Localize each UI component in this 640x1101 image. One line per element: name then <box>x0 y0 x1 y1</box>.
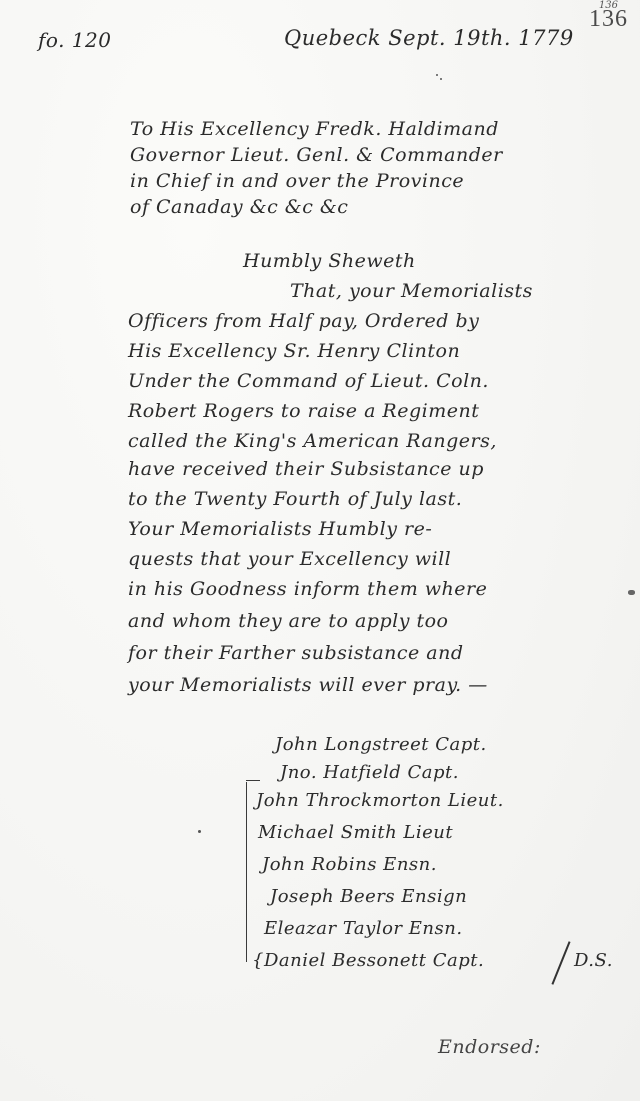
bracket-arrow <box>246 780 260 781</box>
signature: John Robins Ensn. <box>262 854 437 875</box>
body-line: His Excellency Sr. Henry Clinton <box>128 340 460 362</box>
address-line: of Canaday &c &c &c <box>130 196 348 218</box>
body-line: quests that your Excellency will <box>128 548 451 570</box>
salutation: Humbly Sheweth <box>243 250 416 272</box>
page-number-stamp: 136 <box>589 6 628 33</box>
body-line: to the Twenty Fourth of July last. <box>128 488 462 510</box>
body-line: for their Farther subsistance and <box>128 642 464 664</box>
manuscript-page: 136 136 fo. 120 Quebeck Sept. 19th. 1779… <box>0 0 640 1101</box>
body-line: That, your Memorialists <box>290 280 533 302</box>
body-line: Robert Rogers to raise a Regiment <box>128 400 479 422</box>
signature-bracket <box>246 782 257 962</box>
address-line: Governor Lieut. Genl. & Commander <box>130 144 503 166</box>
body-line: and whom they are to apply too <box>128 610 448 632</box>
body-line: your Memorialists will ever pray. — <box>128 674 488 696</box>
ink-speck <box>436 74 438 76</box>
signature: {Daniel Bessonett Capt. <box>252 950 484 971</box>
dateline: Quebeck Sept. 19th. 1779 <box>284 26 574 50</box>
body-line: called the King's American Rangers, <box>128 430 497 452</box>
address-line: To His Excellency Fredk. Haldimand <box>130 118 499 140</box>
slash-mark <box>551 941 570 984</box>
signature: Jno. Hatfield Capt. <box>280 762 459 783</box>
signature: John Throckmorton Lieut. <box>256 790 504 811</box>
body-line: have received their Subsistance up <box>128 458 484 480</box>
folio-number: fo. 120 <box>38 28 111 52</box>
body-line: in his Goodness inform them where <box>128 578 487 600</box>
address-line: in Chief in and over the Province <box>130 170 464 192</box>
signature: John Longstreet Capt. <box>275 734 487 755</box>
signature: Eleazar Taylor Ensn. <box>264 918 463 939</box>
signature: Michael Smith Lieut <box>258 822 453 843</box>
body-line: Under the Command of Lieut. Coln. <box>128 370 489 392</box>
endorsed-note: Endorsed: <box>438 1036 541 1058</box>
ink-speck <box>440 78 442 80</box>
initials-annotation: D.S. <box>574 950 613 971</box>
ink-blot <box>628 590 635 595</box>
body-line: Your Memorialists Humbly re- <box>128 518 432 540</box>
ink-speck <box>198 830 201 833</box>
body-line: Officers from Half pay, Ordered by <box>128 310 479 332</box>
signature: Joseph Beers Ensign <box>270 886 467 907</box>
